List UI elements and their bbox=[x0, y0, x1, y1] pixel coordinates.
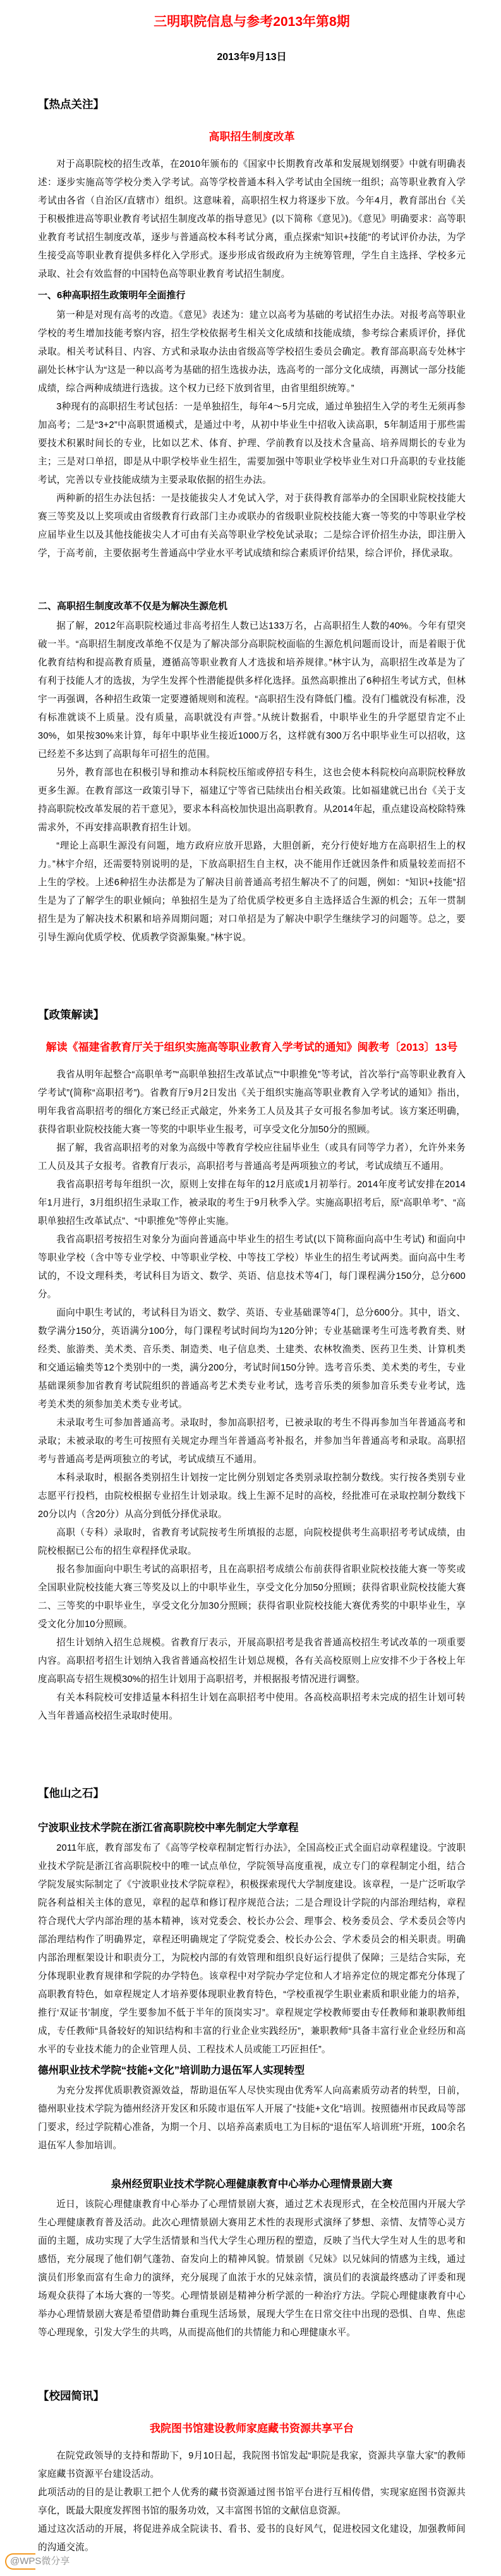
paragraph: 2011年底，教育部发布了《高等学校章程制定暂行办法》，全国高校正式全面启动章程… bbox=[38, 1839, 466, 2059]
paragraph: 通过这次活动的开展，将促进养成全院读书、看书、爱书的良好风气，促进校园文化建设，… bbox=[38, 2520, 466, 2557]
section-marker-campus-news: 【校园简讯】 bbox=[38, 2386, 466, 2405]
paragraph: 第一种是对现有高考的改造。《意见》表述为：建立以高考为基础的考试招生办法。对报考… bbox=[38, 306, 466, 398]
document-page: 三明职院信息与参考2013年第8期 2013年9月13日 【热点关注】 高职招生… bbox=[0, 0, 501, 2576]
paragraph: 未录取考生可参加普通高考。录取时，参加高职招考，已被录取的考生不得再参加当年普通… bbox=[38, 1414, 466, 1469]
article-title-policy: 解读《福建省教育厅关于组织实施高等职业教育入学考试的通知》闽教考〔2013〕13… bbox=[38, 1033, 466, 1062]
subheading-1: 一、6种高职招生政策明年全面推行 bbox=[38, 286, 466, 305]
document-title: 三明职院信息与参考2013年第8期 bbox=[38, 11, 466, 33]
paragraph: 两种新的招生办法包括：一是技能拔尖人才免试入学，对于获得教育部举办的全国职业院校… bbox=[38, 490, 466, 563]
article-title-hotspot: 高职招生制度改革 bbox=[38, 123, 466, 152]
section-marker-hotspot: 【热点关注】 bbox=[38, 95, 466, 114]
paragraph: 在院党政领导的支持和帮助下，9月10日起，我院图书馆发起“职院是我家，资源共享靠… bbox=[38, 2447, 466, 2484]
paragraph: 近日，该院心理健康教育中心举办了心理情景剧大赛，通过艺术表现形式，在全校范围内开… bbox=[38, 2196, 466, 2342]
paragraph: 我省从明年起整合“高职单考”“高职单独招生改革试点”“中职推免”等考试，首次举行… bbox=[38, 1066, 466, 1139]
document-date: 2013年9月13日 bbox=[38, 49, 466, 66]
paragraph: 面向中职生考试的，考试科目为语文、数学、英语、专业基础课等4门，总分600分。其… bbox=[38, 1304, 466, 1414]
paragraph: 有关本科院校可安排适量本科招生计划在高职招考中使用。各高校高职招考未完成的招生计… bbox=[38, 1689, 466, 1726]
subheading-2: 二、高职招生制度改革不仅是为解决生源危机 bbox=[38, 597, 466, 616]
article-title-library: 我院图书馆建设教师家庭藏书资源共享平台 bbox=[38, 2414, 466, 2443]
document-canvas: { "document": { "title": "三明职院信息与参考2013年… bbox=[0, 0, 501, 2576]
wps-watermark-label: @WPS微分享 bbox=[10, 2556, 69, 2567]
paragraph: 招生计划纳入招生总规模。省教育厅表示，开展高职招考是我省普通高校招生考试改革的一… bbox=[38, 1634, 466, 1689]
paragraph: 对于高职院校的招生改革，在2010年颁布的《国家中长期教育改革和发展规划纲要》中… bbox=[38, 155, 466, 284]
paragraph: 本科录取时，根据各类别招生计划按一定比例分别划定各类别录取控制分数线。实行按各类… bbox=[38, 1469, 466, 1524]
paragraph: 高职（专科）录取时，省教育考试院按考生所填报的志愿，向院校提供考生高职招考考试成… bbox=[38, 1524, 466, 1561]
article-title-quanzhou: 泉州经贸职业技术学院心理健康教育中心举办心理情景剧大赛 bbox=[38, 2174, 466, 2194]
section-marker-other-schools: 【他山之石】 bbox=[38, 1784, 466, 1803]
paragraph: 我省高职招考每年组织一次，原则上安排在每年的12月底或1月初举行。2014年度考… bbox=[38, 1176, 466, 1231]
paragraph: 为充分发挥优质职教资源效益，帮助退伍军人尽快实现由优秀军人向高素质劳动者的转型，… bbox=[38, 2082, 466, 2155]
wps-share-watermark: @WPS微分享 bbox=[5, 2553, 76, 2570]
section-marker-policy: 【政策解读】 bbox=[38, 1005, 466, 1024]
paragraph: 据了解，我省高职招考的对象为高级中等教育学校应往届毕业生（或具有同等学力者），允… bbox=[38, 1139, 466, 1176]
paragraph: 据了解，2012年高职院校通过非高考招生人数已达133万名，占高职招生人数的40… bbox=[38, 617, 466, 764]
paragraph: 报名参加面向中职生考试的高职招考，且在高职招考成绩公布前获得省职业院校技能大赛一… bbox=[38, 1561, 466, 1634]
article-title-ningbo: 宁波职业技术学院在浙江省高职院校中率先制定大学章程 bbox=[38, 1818, 466, 1838]
paragraph: 3种现有的高职招生考试包括：一是单独招生，每年4～5月完成，通过单独招生入学的考… bbox=[38, 398, 466, 490]
article-title-dezhou: 德州职业技术学院“技能+文化”培训助力退伍军人实现转型 bbox=[38, 2060, 466, 2081]
paragraph: 此项活动的目的是让教职工把个人优秀的藏书资源通过图书馆平台进行互相传借，实现家庭… bbox=[38, 2484, 466, 2520]
paragraph: 我省高职招考按招生对象分为面向普通高中毕业生的招生考试(以下简称面向高中生考试)… bbox=[38, 1231, 466, 1304]
paragraph: 另外，教育部也在积极引导和推动本科院校压缩或停招专科生，这也会使本科院校向高职院… bbox=[38, 764, 466, 837]
paragraph: “理论上高职生源没有问题，地方政府应放开思路，大胆创新，充分行使好地方在高职招生… bbox=[38, 837, 466, 947]
